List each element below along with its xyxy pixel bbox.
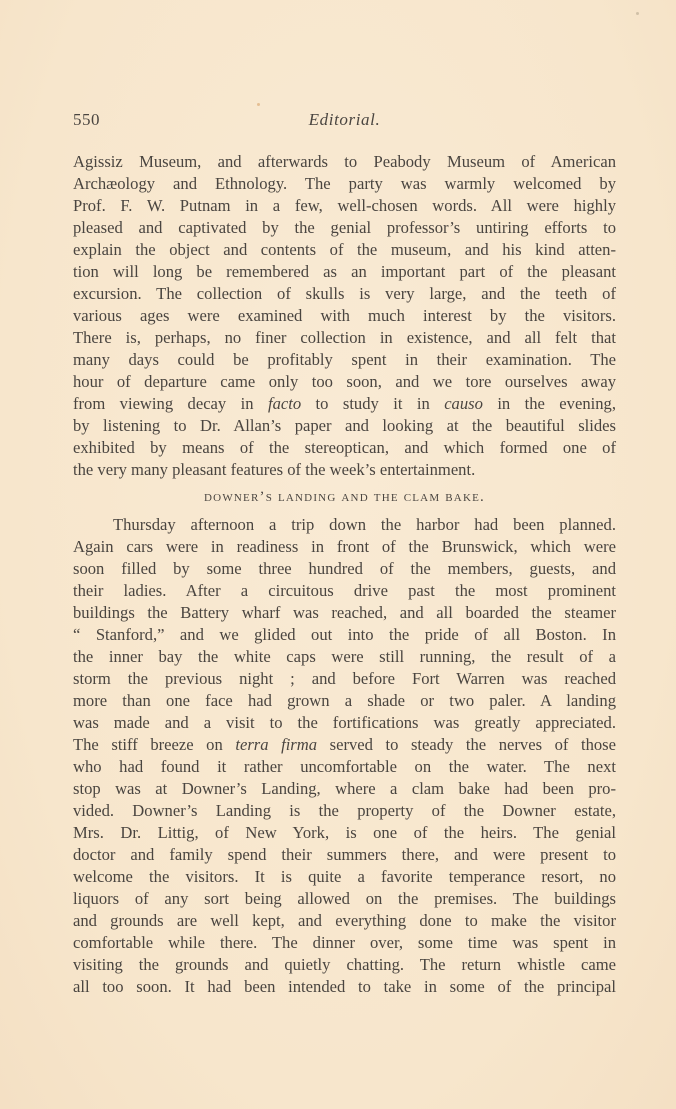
body-text: Agissiz Museum, and afterwards to Peabod… bbox=[73, 151, 616, 998]
paragraph-1: Agissiz Museum, and afterwards to Peabod… bbox=[73, 151, 616, 481]
italic-latin-term: terra firma bbox=[235, 735, 317, 754]
text-line: various ages were examined with much int… bbox=[73, 305, 616, 327]
text-line: There is, perhaps, no finer collection i… bbox=[73, 327, 616, 349]
text-line: many days could be profitably spent in t… bbox=[73, 349, 616, 371]
section-heading: Downer’s Landing and the Clam Bake. bbox=[73, 481, 616, 514]
paragraph-2: Thursday afternoon a trip down the harbo… bbox=[73, 514, 616, 998]
text-line: by listening to Dr. Allan’s paper and lo… bbox=[73, 415, 616, 437]
text-line: their ladies. After a circuitous drive p… bbox=[73, 580, 616, 602]
text-line: Prof. F. W. Putnam in a few, well-chosen… bbox=[73, 195, 616, 217]
text-line: liquors of any sort being allowed on the… bbox=[73, 888, 616, 910]
text-line: more than one face had grown a shade or … bbox=[73, 690, 616, 712]
text-line: The stiff breeze on terra firma served t… bbox=[73, 734, 616, 756]
italic-latin-term: causo bbox=[444, 394, 483, 413]
text-line: who had found it rather uncomfortable on… bbox=[73, 756, 616, 778]
text-line: tion will long be remembered as an impor… bbox=[73, 261, 616, 283]
text-line: all too soon. It had been intended to ta… bbox=[73, 976, 616, 998]
text-line: Agissiz Museum, and afterwards to Peabod… bbox=[73, 151, 616, 173]
text-line: “ Stanford,” and we glided out into the … bbox=[73, 624, 616, 646]
text-run: The stiff breeze on bbox=[73, 735, 235, 754]
running-head: 550 Editorial. bbox=[73, 110, 616, 134]
running-title: Editorial. bbox=[73, 110, 616, 130]
text-run: from viewing decay in bbox=[73, 394, 268, 413]
text-run: to study it in bbox=[301, 394, 444, 413]
text-line: Archæology and Ethnology. The party was … bbox=[73, 173, 616, 195]
text-line: explain the object and contents of the m… bbox=[73, 239, 616, 261]
text-line: the very many pleasant features of the w… bbox=[73, 459, 616, 481]
text-line: stop was at Downer’s Landing, where a cl… bbox=[73, 778, 616, 800]
text-line: comfortable while there. The dinner over… bbox=[73, 932, 616, 954]
text-line: exhibited by means of the stereoptican, … bbox=[73, 437, 616, 459]
text-line: Mrs. Dr. Littig, of New York, is one of … bbox=[73, 822, 616, 844]
text-line: Thursday afternoon a trip down the harbo… bbox=[73, 514, 616, 536]
text-line: storm the previous night ; and before Fo… bbox=[73, 668, 616, 690]
text-line: visiting the grounds and quietly chattin… bbox=[73, 954, 616, 976]
text-line: pleased and captivated by the genial pro… bbox=[73, 217, 616, 239]
text-line: the inner bay the white caps were still … bbox=[73, 646, 616, 668]
italic-latin-term: facto bbox=[268, 394, 301, 413]
section-heading-text: Downer’s Landing and the Clam Bake. bbox=[204, 489, 485, 505]
text-line: from viewing decay in facto to study it … bbox=[73, 393, 616, 415]
text-line: was made and a visit to the fortificatio… bbox=[73, 712, 616, 734]
text-run: served to steady the nerves of those bbox=[317, 735, 616, 754]
text-line: doctor and family spend their summers th… bbox=[73, 844, 616, 866]
text-line: welcome the visitors. It is quite a favo… bbox=[73, 866, 616, 888]
paper-mark bbox=[636, 12, 639, 15]
scanned-page: 550 Editorial. Agissiz Museum, and after… bbox=[0, 0, 676, 1109]
text-line: Again cars were in readiness in front of… bbox=[73, 536, 616, 558]
text-line: excursion. The collection of skulls is v… bbox=[73, 283, 616, 305]
text-line: soon filled by some three hundred of the… bbox=[73, 558, 616, 580]
text-line: buildings the Battery wharf was reached,… bbox=[73, 602, 616, 624]
text-line: vided. Downer’s Landing is the property … bbox=[73, 800, 616, 822]
paper-speck bbox=[257, 103, 260, 106]
text-line: and grounds are well kept, and everythin… bbox=[73, 910, 616, 932]
text-run: in the evening, bbox=[483, 394, 616, 413]
text-line: hour of departure came only too soon, an… bbox=[73, 371, 616, 393]
